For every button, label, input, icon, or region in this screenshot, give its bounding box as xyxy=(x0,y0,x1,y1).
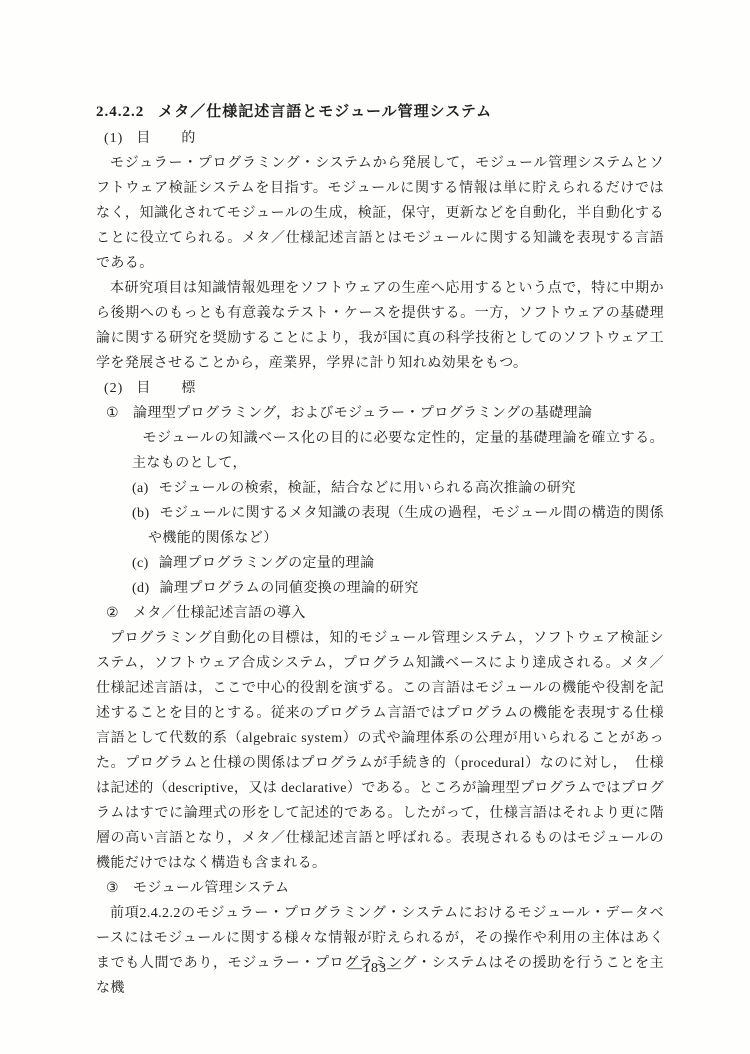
goal-title: メタ／仕様記述言語の導入 xyxy=(133,606,306,621)
goal-heading: ③モジュール管理システム xyxy=(106,876,664,901)
list-item-text: 論理プログラミングの定量的理論 xyxy=(159,556,375,571)
list-marker: (c) xyxy=(132,556,149,571)
goal-item-2: ②メタ／仕様記述言語の導入 プログラミング自動化の目標は，知的モジュール管理シス… xyxy=(96,601,664,876)
list-item: (a)モジュールの検索，検証，結合などに用いられる高次推論の研究 xyxy=(148,476,664,501)
paragraph: 本研究項目は知識情報処理をソフトウェアの生産へ応用するという点で，特に中期から後… xyxy=(96,276,664,376)
list-item-text: 論理プログラムの同値変換の理論的研究 xyxy=(160,581,419,596)
goal-item-1: ①論理型プログラミング，およびモジュラー・プログラミングの基礎理論 モジュールの… xyxy=(96,401,664,601)
goals-heading: (2)目 標 xyxy=(104,376,664,401)
paragraph: モジュールの知識ベース化の目的に必要な定性的，定量的基礎理論を確立する。主なもの… xyxy=(132,426,664,476)
list-marker: ③ xyxy=(106,881,119,896)
list-item-text: モジュールの検索，検証，結合などに用いられる高次推論の研究 xyxy=(159,481,576,496)
paragraph: プログラミング自動化の目標は，知的モジュール管理システム，ソフトウェア検証システ… xyxy=(96,626,664,876)
section-heading: 2.4.2.2メタ／仕様記述言語とモジュール管理システム xyxy=(96,100,664,125)
list-item: (c)論理プログラミングの定量的理論 xyxy=(148,551,664,576)
goal-heading: ②メタ／仕様記述言語の導入 xyxy=(106,601,664,626)
list-marker: (d) xyxy=(132,581,150,596)
goal-heading: ①論理型プログラミング，およびモジュラー・プログラミングの基礎理論 xyxy=(106,401,664,426)
purpose-heading: (1)目 的 xyxy=(104,126,664,151)
list-item: (d)論理プログラムの同値変換の理論的研究 xyxy=(148,576,664,601)
document-page: 2.4.2.2メタ／仕様記述言語とモジュール管理システム (1)目 的 モジュラ… xyxy=(0,0,750,1054)
purpose-title: 目 的 xyxy=(136,131,196,146)
goal-title: モジュール管理システム xyxy=(133,881,289,896)
subsection-purpose: (1)目 的 モジュラー・プログラミング・システムから発展して，モジュール管理シ… xyxy=(96,126,664,376)
document-content: 2.4.2.2メタ／仕様記述言語とモジュール管理システム (1)目 的 モジュラ… xyxy=(96,100,664,1001)
goal-item-3: ③モジュール管理システム 前項2.4.2.2のモジュラー・プログラミング・システ… xyxy=(96,876,664,1001)
section-number: 2.4.2.2 xyxy=(96,104,144,120)
page-number: —183— xyxy=(0,956,750,981)
paragraph: 前項2.4.2.2のモジュラー・プログラミング・システムにおけるモジュール・デー… xyxy=(96,901,664,1001)
goals-title: 目 標 xyxy=(136,381,196,396)
paragraph: モジュラー・プログラミング・システムから発展して，モジュール管理システムとソフト… xyxy=(96,151,664,276)
list-marker: (b) xyxy=(132,506,150,521)
list-item-text: モジュールに関するメタ知識の表現（生成の過程，モジュール間の構造的関係や機能的関… xyxy=(148,506,664,546)
goal-title: 論理型プログラミング，およびモジュラー・プログラミングの基礎理論 xyxy=(133,406,592,421)
list-marker: (a) xyxy=(132,481,149,496)
section-title: メタ／仕様記述言語とモジュール管理システム xyxy=(158,104,492,120)
list-marker: (1) xyxy=(104,131,123,146)
list-marker: ① xyxy=(106,406,119,421)
list-item: (b)モジュールに関するメタ知識の表現（生成の過程，モジュール間の構造的関係や機… xyxy=(148,501,664,551)
list-marker: ② xyxy=(106,606,119,621)
subsection-goals: (2)目 標 ①論理型プログラミング，およびモジュラー・プログラミングの基礎理論… xyxy=(96,376,664,1001)
list-marker: (2) xyxy=(104,381,123,396)
